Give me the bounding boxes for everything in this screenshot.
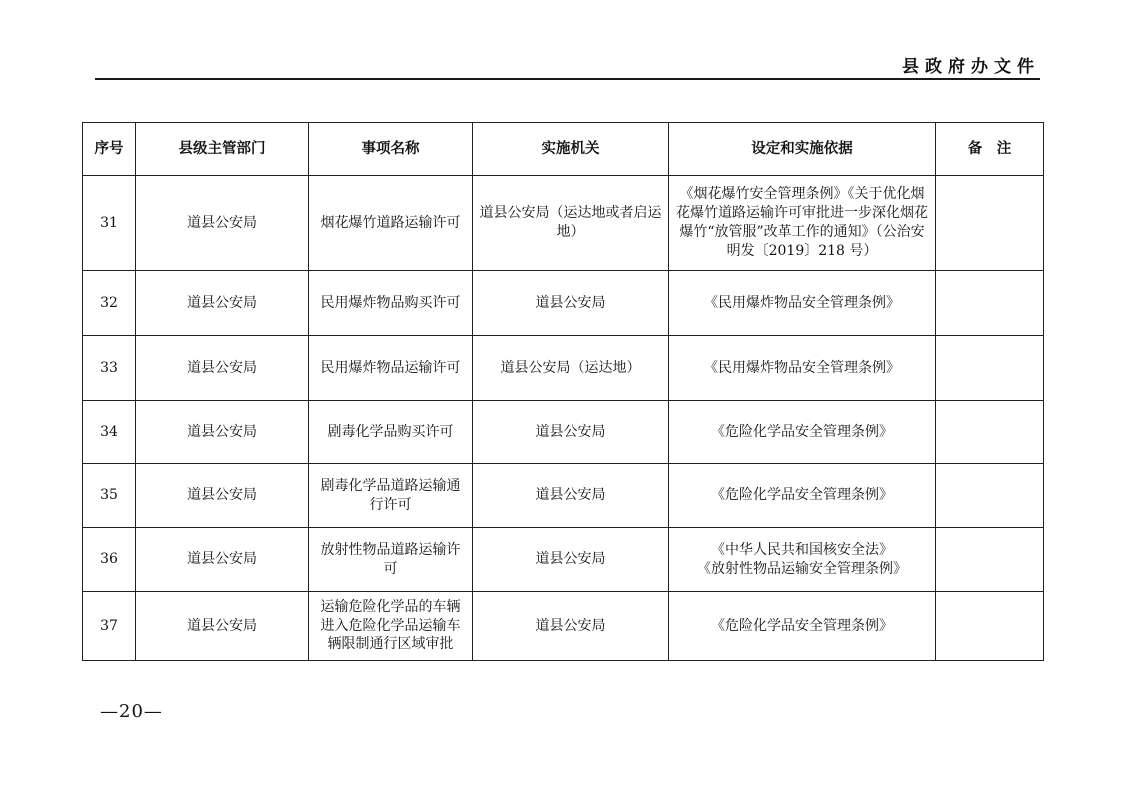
cell-seq: 37 (83, 592, 136, 661)
table-row: 32 道县公安局 民用爆炸物品购买许可 道县公安局 《民用爆炸物品安全管理条例》 (83, 271, 1044, 336)
document-header-title: 县政府办文件 (95, 52, 1040, 77)
table-row: 31 道县公安局 烟花爆竹道路运输许可 道县公安局（运达地或者启运地） 《烟花爆… (83, 176, 1044, 271)
cell-basis: 《危险化学品安全管理条例》 (669, 401, 936, 464)
header-rule (95, 78, 1040, 80)
table-row: 36 道县公安局 放射性物品道路运输许可 道县公安局 《中华人民共和国核安全法》… (83, 528, 1044, 592)
cell-agency: 道县公安局 (473, 401, 669, 464)
cell-note (936, 528, 1044, 592)
table-row: 37 道县公安局 运输危险化学品的车辆进入危险化学品运输车辆限制通行区域审批 道… (83, 592, 1044, 661)
cell-note (936, 464, 1044, 528)
cell-dept: 道县公安局 (136, 336, 309, 401)
cell-dept: 道县公安局 (136, 464, 309, 528)
cell-seq: 34 (83, 401, 136, 464)
cell-item: 民用爆炸物品购买许可 (309, 271, 473, 336)
cell-seq: 31 (83, 176, 136, 271)
cell-agency: 道县公安局（运达地） (473, 336, 669, 401)
cell-basis: 《危险化学品安全管理条例》 (669, 592, 936, 661)
page-number: —20— (100, 701, 163, 722)
column-header-item: 事项名称 (309, 123, 473, 176)
cell-seq: 33 (83, 336, 136, 401)
cell-basis: 《中华人民共和国核安全法》 《放射性物品运输安全管理条例》 (669, 528, 936, 592)
column-header-note: 备 注 (936, 123, 1044, 176)
cell-agency: 道县公安局 (473, 464, 669, 528)
cell-agency: 道县公安局 (473, 592, 669, 661)
cell-basis: 《烟花爆竹安全管理条例》《关于优化烟花爆竹道路运输许可审批进一步深化烟花爆竹“放… (669, 176, 936, 271)
cell-item: 民用爆炸物品运输许可 (309, 336, 473, 401)
table-header-row: 序号 县级主管部门 事项名称 实施机关 设定和实施依据 备 注 (83, 123, 1044, 176)
cell-dept: 道县公安局 (136, 271, 309, 336)
cell-seq: 32 (83, 271, 136, 336)
cell-note (936, 336, 1044, 401)
cell-basis: 《危险化学品安全管理条例》 (669, 464, 936, 528)
cell-note (936, 176, 1044, 271)
cell-item: 剧毒化学品购买许可 (309, 401, 473, 464)
cell-item: 运输危险化学品的车辆进入危险化学品运输车辆限制通行区域审批 (309, 592, 473, 661)
column-header-agency: 实施机关 (473, 123, 669, 176)
column-header-seq: 序号 (83, 123, 136, 176)
cell-basis: 《民用爆炸物品安全管理条例》 (669, 336, 936, 401)
cell-dept: 道县公安局 (136, 176, 309, 271)
cell-dept: 道县公安局 (136, 592, 309, 661)
column-header-dept: 县级主管部门 (136, 123, 309, 176)
cell-dept: 道县公安局 (136, 401, 309, 464)
cell-note (936, 401, 1044, 464)
cell-agency: 道县公安局 (473, 271, 669, 336)
table-row: 35 道县公安局 剧毒化学品道路运输通行许可 道县公安局 《危险化学品安全管理条… (83, 464, 1044, 528)
cell-item: 剧毒化学品道路运输通行许可 (309, 464, 473, 528)
cell-agency: 道县公安局 (473, 528, 669, 592)
cell-item: 烟花爆竹道路运输许可 (309, 176, 473, 271)
cell-note (936, 592, 1044, 661)
cell-dept: 道县公安局 (136, 528, 309, 592)
cell-agency: 道县公安局（运达地或者启运地） (473, 176, 669, 271)
cell-item: 放射性物品道路运输许可 (309, 528, 473, 592)
cell-note (936, 271, 1044, 336)
column-header-basis: 设定和实施依据 (669, 123, 936, 176)
cell-basis: 《民用爆炸物品安全管理条例》 (669, 271, 936, 336)
table-row: 33 道县公安局 民用爆炸物品运输许可 道县公安局（运达地） 《民用爆炸物品安全… (83, 336, 1044, 401)
table-row: 34 道县公安局 剧毒化学品购买许可 道县公安局 《危险化学品安全管理条例》 (83, 401, 1044, 464)
cell-seq: 36 (83, 528, 136, 592)
cell-seq: 35 (83, 464, 136, 528)
approval-items-table: 序号 县级主管部门 事项名称 实施机关 设定和实施依据 备 注 31 道县公安局… (82, 122, 1044, 661)
